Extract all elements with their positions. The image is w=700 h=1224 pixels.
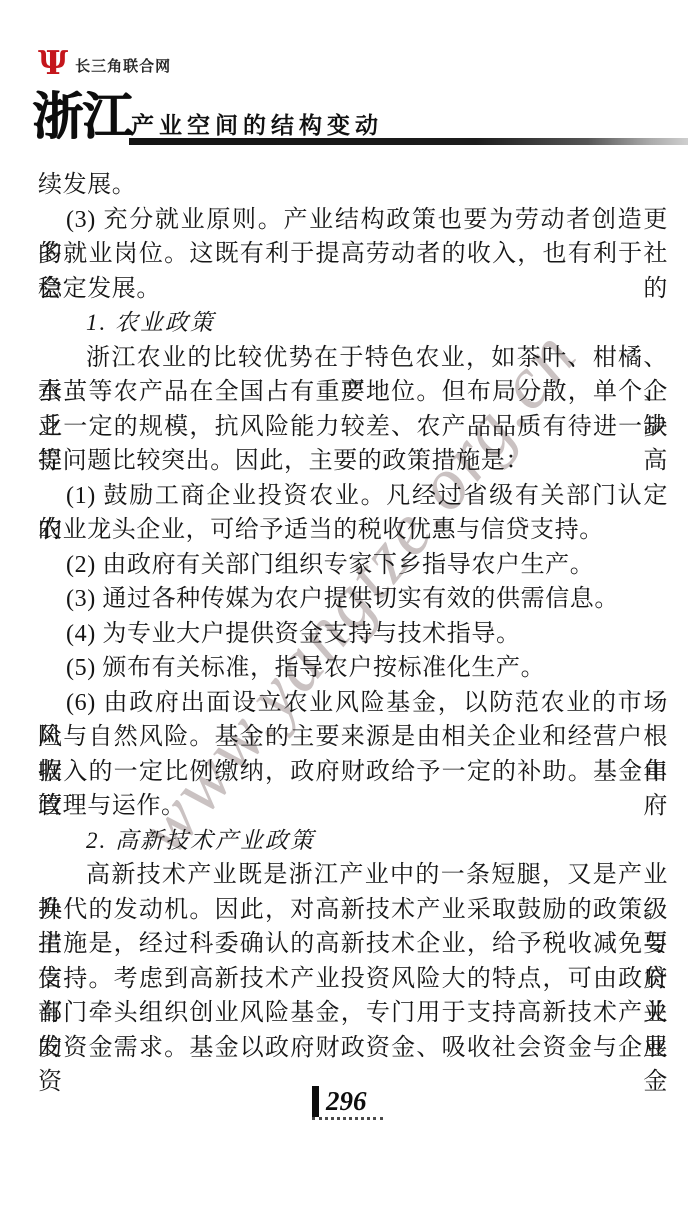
book-subtitle: 产业空间的结构变动 <box>131 107 383 140</box>
text-line: (1) 鼓励工商企业投资农业。凡经过省级有关部门认定的 <box>38 479 668 514</box>
text-line: 续发展。 <box>38 168 668 203</box>
text-line: 换代的发动机。因此，对高新技术产业采取鼓励的政策。主要 <box>38 893 668 928</box>
site-logo: Ψ 长三角联合网 <box>38 48 171 78</box>
text-line: 浙江农业的比较优势在于特色农业，如茶叶、柑橘、水产、 <box>38 341 668 376</box>
text-line: (4) 为专业大户提供资金支持与技术指导。 <box>38 617 668 652</box>
text-line: 收入的一定比例缴纳，政府财政给予一定的补助。基金由政府 <box>38 755 668 790</box>
text-line: 蚕茧等农产品在全国占有重要地位。但布局分散，单个企业缺 <box>38 375 668 410</box>
site-name: 长三角联合网 <box>75 51 171 76</box>
text-line: 乏一定的规模，抗风险能力较差、农产品品质有待进一步提高 <box>38 410 668 445</box>
text-line: 的就业岗位。这既有利于提高劳动者的收入，也有利于社会的 <box>38 237 668 272</box>
text-line: (5) 颁布有关标准，指导农户按标准化生产。 <box>38 651 668 686</box>
text-line: 农业龙头企业，可给予适当的税收优惠与信贷支持。 <box>38 513 668 548</box>
text-line: (2) 由政府有关部门组织专家下乡指导农户生产。 <box>38 548 668 583</box>
text-line: 支持。考虑到高新技术产业投资风险大的特点，可由政府有关 <box>38 962 668 997</box>
text-line: 的资金需求。基金以政府财政资金、吸收社会资金与企业资金 <box>38 1031 668 1066</box>
section-heading: 1. 农业政策 <box>38 306 668 341</box>
text-line: (3) 通过各种传媒为农户提供切实有效的供需信息。 <box>38 582 668 617</box>
body-text: 续发展。(3) 充分就业原则。产业结构政策也要为劳动者创造更多的就业岗位。这既有… <box>38 168 668 1065</box>
text-line: (3) 充分就业原则。产业结构政策也要为劳动者创造更多 <box>38 203 668 238</box>
text-line: 部门牵头组织创业风险基金，专门用于支持高新技术产业发展 <box>38 996 668 1031</box>
book-title: 浙江 <box>32 90 132 146</box>
page-number-block: 296 <box>312 1086 383 1120</box>
section-heading: 2. 高新技术产业政策 <box>38 824 668 859</box>
page-number: 296 <box>326 1086 367 1117</box>
header-rule-divider <box>129 138 688 145</box>
text-line: (6) 由政府出面设立农业风险基金，以防范农业的市场风 <box>38 686 668 721</box>
text-line: 措施是，经过科委确认的高新技术企业，给予税收减免与信贷 <box>38 927 668 962</box>
page-number-bar-icon <box>312 1086 319 1117</box>
scanned-book-page: Ψ 长三角联合网 浙江 产业空间的结构变动 www.yangtze.org.cn… <box>0 0 700 1224</box>
text-line: 高新技术产业既是浙江产业中的一条短腿，又是产业升级 <box>38 858 668 893</box>
text-line: 险与自然风险。基金的主要来源是由相关企业和经营户根据年 <box>38 720 668 755</box>
trident-psi-icon: Ψ <box>38 48 68 78</box>
